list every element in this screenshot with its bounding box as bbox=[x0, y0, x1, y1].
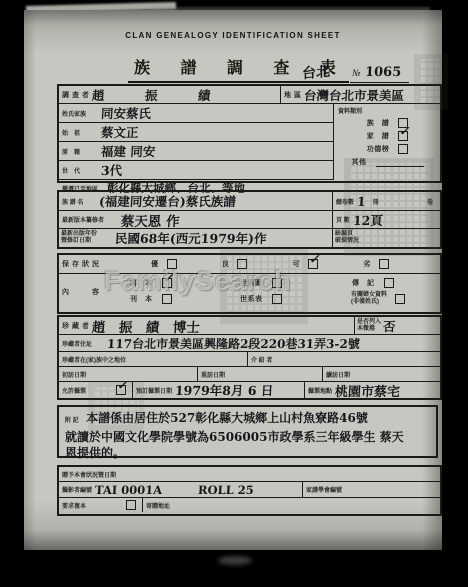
scan-artifact bbox=[218, 556, 252, 565]
checkbox-gongdebang bbox=[398, 144, 408, 154]
followup-label: 續訪日期 bbox=[323, 370, 353, 379]
mailing-address-label: 寄贈地址 bbox=[143, 501, 173, 510]
category-option: 家 譜 bbox=[338, 131, 434, 141]
table-row: 攝影者編號 TAI 0001A ROLL 25 家譜學會編號 bbox=[59, 481, 440, 497]
copy-request-label: 要求複本 bbox=[59, 501, 89, 510]
book-title-value: (福建同安遷台)蔡氏族譜 bbox=[99, 192, 237, 210]
listed-label: 是否列入 本微捲 bbox=[355, 319, 383, 333]
area-value: 台灣台北市景美區 bbox=[304, 86, 405, 104]
table-row: 世 代 3代 bbox=[59, 160, 333, 179]
introducer-label: 介 紹 者 bbox=[248, 355, 275, 364]
familysearch-watermark: FamilySearch bbox=[104, 266, 292, 297]
revisit-label: 重訪日期 bbox=[198, 370, 228, 379]
note-line-3: 恩提供的。 bbox=[65, 445, 125, 461]
option-gongdebang-label: 功德榜 bbox=[364, 144, 393, 154]
form-number-value: 1065 bbox=[365, 65, 402, 80]
permission-label: 允許攝製 bbox=[59, 386, 89, 395]
film-date-value: 1979年8月 6 日 bbox=[175, 381, 274, 399]
form-number: № 1065 bbox=[350, 63, 409, 83]
option-women-data-label: 有關婦女資料 (非僅姓氏) bbox=[349, 292, 389, 306]
table-row: 姓氏家族 同安蔡氏 bbox=[59, 104, 333, 122]
table-row: 調 查 者 趙 振 績 地 區 台灣台北市景美區 bbox=[59, 86, 440, 103]
table-row: 贈予本會狀況暨日期 bbox=[59, 467, 440, 481]
table-row: 珍藏者在(家)族中之地位 介 紹 者 bbox=[59, 351, 440, 366]
condition-option: 劣 bbox=[360, 259, 389, 269]
surveyor-value: 趙 振 績 bbox=[92, 86, 225, 104]
content-option: 有關婦女資料 (非僅姓氏) bbox=[349, 292, 405, 306]
photographer-no-label: 攝影者編號 bbox=[59, 485, 95, 494]
note-label: 附 記 bbox=[65, 418, 82, 424]
digitization-seal bbox=[414, 54, 448, 110]
sheet-title-en: CLAN GENEALOGY IDENTIFICATION SHEET bbox=[24, 31, 442, 40]
city-handwritten: 台北 bbox=[302, 61, 330, 83]
digitization-seal bbox=[88, 382, 144, 432]
option-jiapu-label: 家 譜 bbox=[364, 131, 393, 141]
checkbox-biography bbox=[384, 278, 394, 288]
number-sign: № bbox=[352, 69, 361, 79]
book-title-label: 族 譜 名 bbox=[59, 197, 99, 206]
clan-value: 同安蔡氏 bbox=[101, 104, 152, 122]
table-row: 珍藏者住址 117台北市景美區興隆路2段220巷31弄3-2號 bbox=[59, 334, 440, 351]
area-label: 地 區 bbox=[281, 90, 304, 100]
compiler-label: 最新版本纂修者 bbox=[59, 215, 121, 224]
film-place-value: 桃園市蔡宅 bbox=[335, 381, 401, 400]
checkbox-women-data bbox=[395, 294, 405, 304]
compiler-value: 蔡天恩 作 bbox=[120, 210, 180, 230]
content-option: 傳 記 bbox=[349, 278, 394, 288]
origin-value: 福建 同安 bbox=[101, 142, 156, 160]
listed-value: 否 bbox=[383, 317, 396, 335]
society-no-label: 家譜學會編號 bbox=[303, 485, 345, 494]
owner-value: 趙 振 績 博士 bbox=[92, 316, 201, 336]
category-option: 功德榜 bbox=[338, 144, 434, 154]
position-label: 珍藏者在(家)族中之地位 bbox=[59, 355, 129, 364]
first-visit-label: 初訪日期 bbox=[59, 370, 89, 379]
film-place-label: 攝製地點 bbox=[305, 386, 335, 395]
owner-label: 珍 藏 者 bbox=[59, 321, 92, 331]
footer-table: 贈予本會狀況暨日期 攝影者編號 TAI 0001A ROLL 25 家譜學會編號… bbox=[57, 465, 442, 516]
option-zupu-label: 族 譜 bbox=[364, 118, 393, 128]
photographer-no-value: TAI 0001A bbox=[95, 483, 163, 497]
table-row: 初訪日期 重訪日期 續訪日期 bbox=[59, 366, 440, 381]
category-label: 資料類別 bbox=[338, 106, 362, 115]
checkbox-poor bbox=[379, 259, 389, 269]
table-row: 原 籍 福建 同安 bbox=[59, 141, 333, 160]
surveyor-label: 調 查 者 bbox=[59, 90, 92, 100]
pub-date-value: 民國68年(西元1979年)作 bbox=[115, 229, 267, 247]
option-biography-label: 傳 記 bbox=[349, 278, 378, 288]
pub-date-label: 最新出版年份 暨修訂日期 bbox=[59, 231, 115, 245]
generations-value: 3代 bbox=[101, 161, 123, 179]
form-paper: CLAN GENEALOGY IDENTIFICATION SHEET 族 譜 … bbox=[24, 10, 442, 550]
checkbox-jiapu bbox=[398, 131, 408, 141]
ancestor-value: 蔡文正 bbox=[101, 123, 139, 141]
donation-label: 贈予本會狀況暨日期 bbox=[59, 470, 119, 479]
clan-label: 姓氏家族 bbox=[59, 109, 101, 118]
address-label: 珍藏者住址 bbox=[59, 339, 107, 348]
address-value: 117台北市景美區興隆路2段220巷31弄3-2號 bbox=[107, 335, 361, 352]
table-row: 要求複本 寄贈地址 bbox=[59, 497, 440, 512]
scanned-document: CLAN GENEALOGY IDENTIFICATION SHEET 族 譜 … bbox=[0, 0, 468, 587]
digitization-seal bbox=[344, 158, 434, 256]
generations-label: 世 代 bbox=[59, 166, 101, 175]
roll-number-value: ROLL 25 bbox=[198, 483, 254, 497]
option-poor-label: 劣 bbox=[360, 259, 374, 269]
checkbox-copy-request bbox=[126, 500, 136, 510]
checkbox-fair bbox=[308, 259, 318, 269]
category-option: 族 譜 bbox=[338, 118, 434, 128]
origin-label: 原 籍 bbox=[59, 147, 101, 156]
table-row: 始 祖 蔡文正 bbox=[59, 122, 333, 141]
ancestor-label: 始 祖 bbox=[59, 128, 101, 137]
